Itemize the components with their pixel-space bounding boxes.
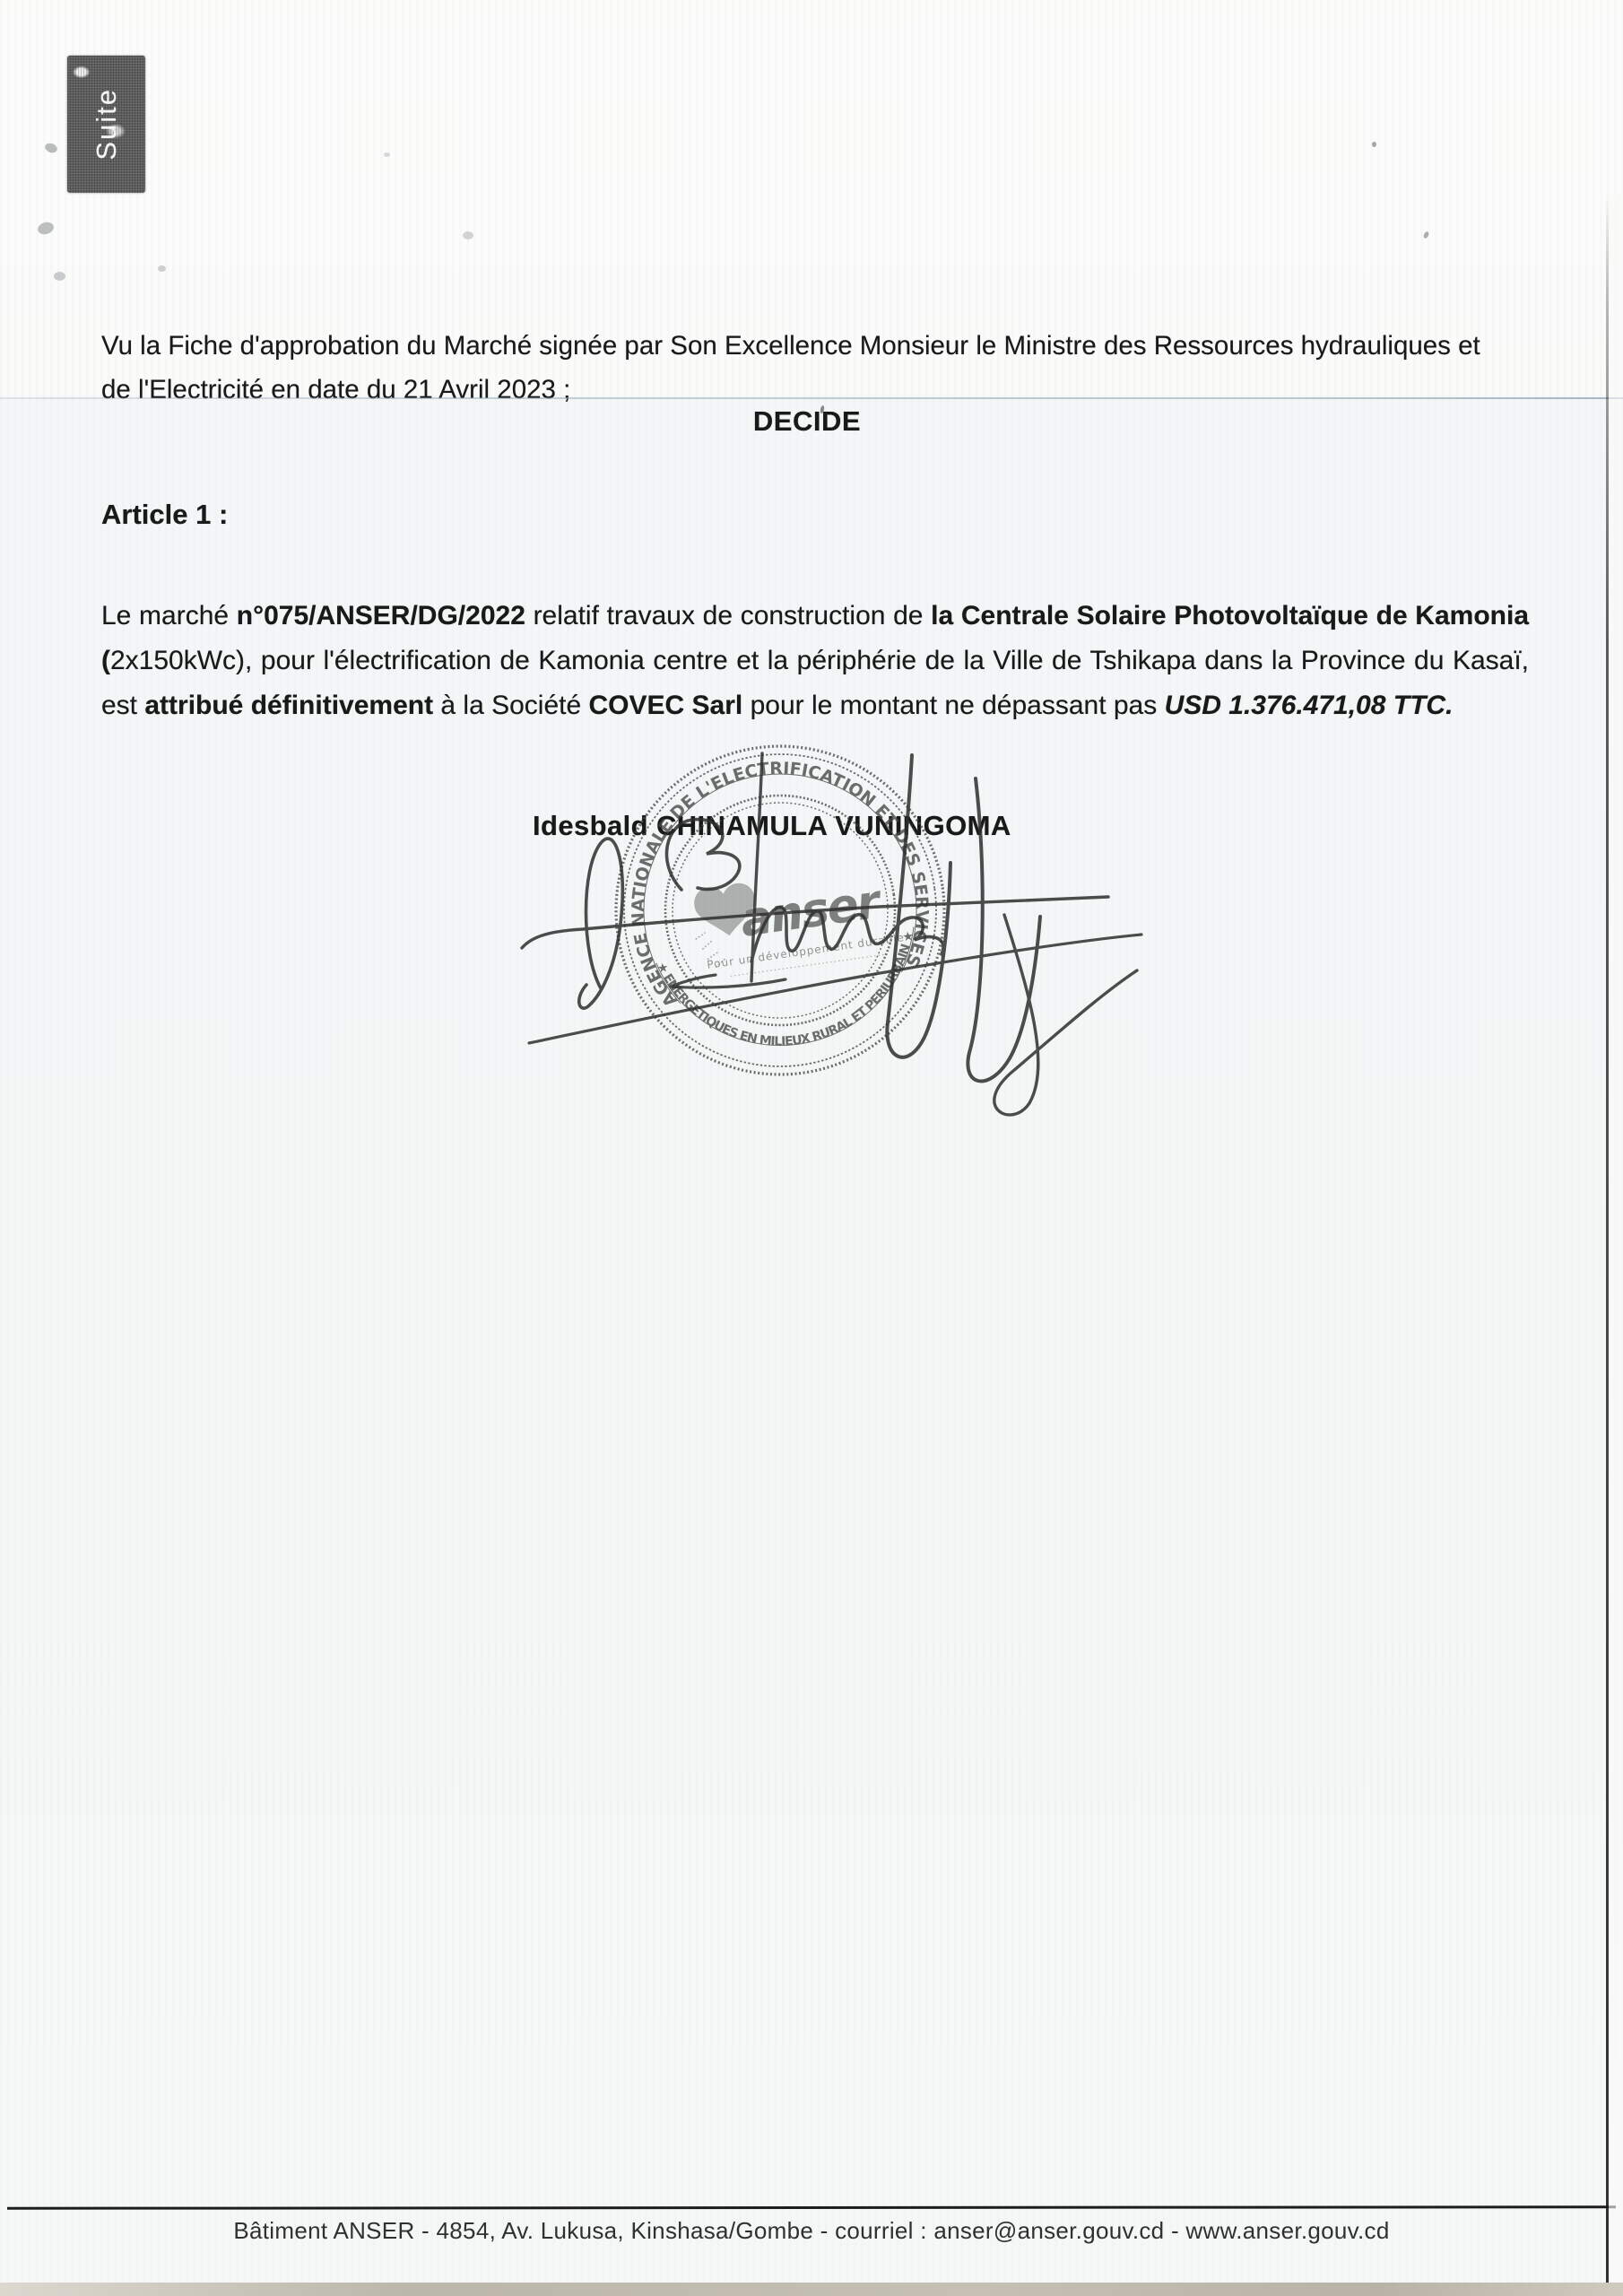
article-segment: attribué définitivement — [144, 691, 433, 720]
article-segment: n°075/ANSER/DG/2022 — [237, 601, 525, 631]
scan-speck — [384, 152, 390, 157]
scan-fold-line — [0, 397, 1623, 399]
scan-speck — [44, 142, 59, 154]
scanner-bottom-strip — [0, 2283, 1623, 2296]
scan-speck — [1423, 230, 1430, 239]
scan-speck — [1372, 142, 1376, 147]
footer-rule — [7, 2205, 1616, 2210]
scan-speck — [37, 221, 56, 236]
suite-stamp-label: Suite — [91, 88, 123, 161]
page-edge-light — [1609, 193, 1623, 2296]
scan-speck — [54, 272, 65, 281]
article-1-label: Article 1 : — [101, 499, 228, 531]
scan-speck — [158, 265, 166, 272]
article-segment: relatif travaux de construction de — [525, 601, 931, 631]
scanned-document-page: Suite Vu la Fiche d'approbation du March… — [0, 0, 1623, 2296]
article-1-body: Le marché n°075/ANSER/DG/2022 relatif tr… — [101, 594, 1529, 728]
handwritten-signature — [466, 726, 1291, 1139]
page-edge-shadow — [1606, 193, 1609, 2296]
article-segment: pour le montant ne dépassant pas — [742, 691, 1164, 720]
article-segment: Le marché — [101, 601, 237, 631]
decide-heading: DECIDE — [54, 405, 1560, 438]
article-segment: COVEC Sarl — [589, 691, 743, 720]
footer-address: Bâtiment ANSER - 4854, Av. Lukusa, Kinsh… — [0, 2217, 1623, 2245]
article-segment: USD 1.376.471,08 TTC. — [1165, 691, 1454, 720]
scan-speck — [463, 231, 473, 239]
article-segment: à la Société — [433, 691, 588, 720]
suite-stamp: Suite — [67, 56, 145, 193]
